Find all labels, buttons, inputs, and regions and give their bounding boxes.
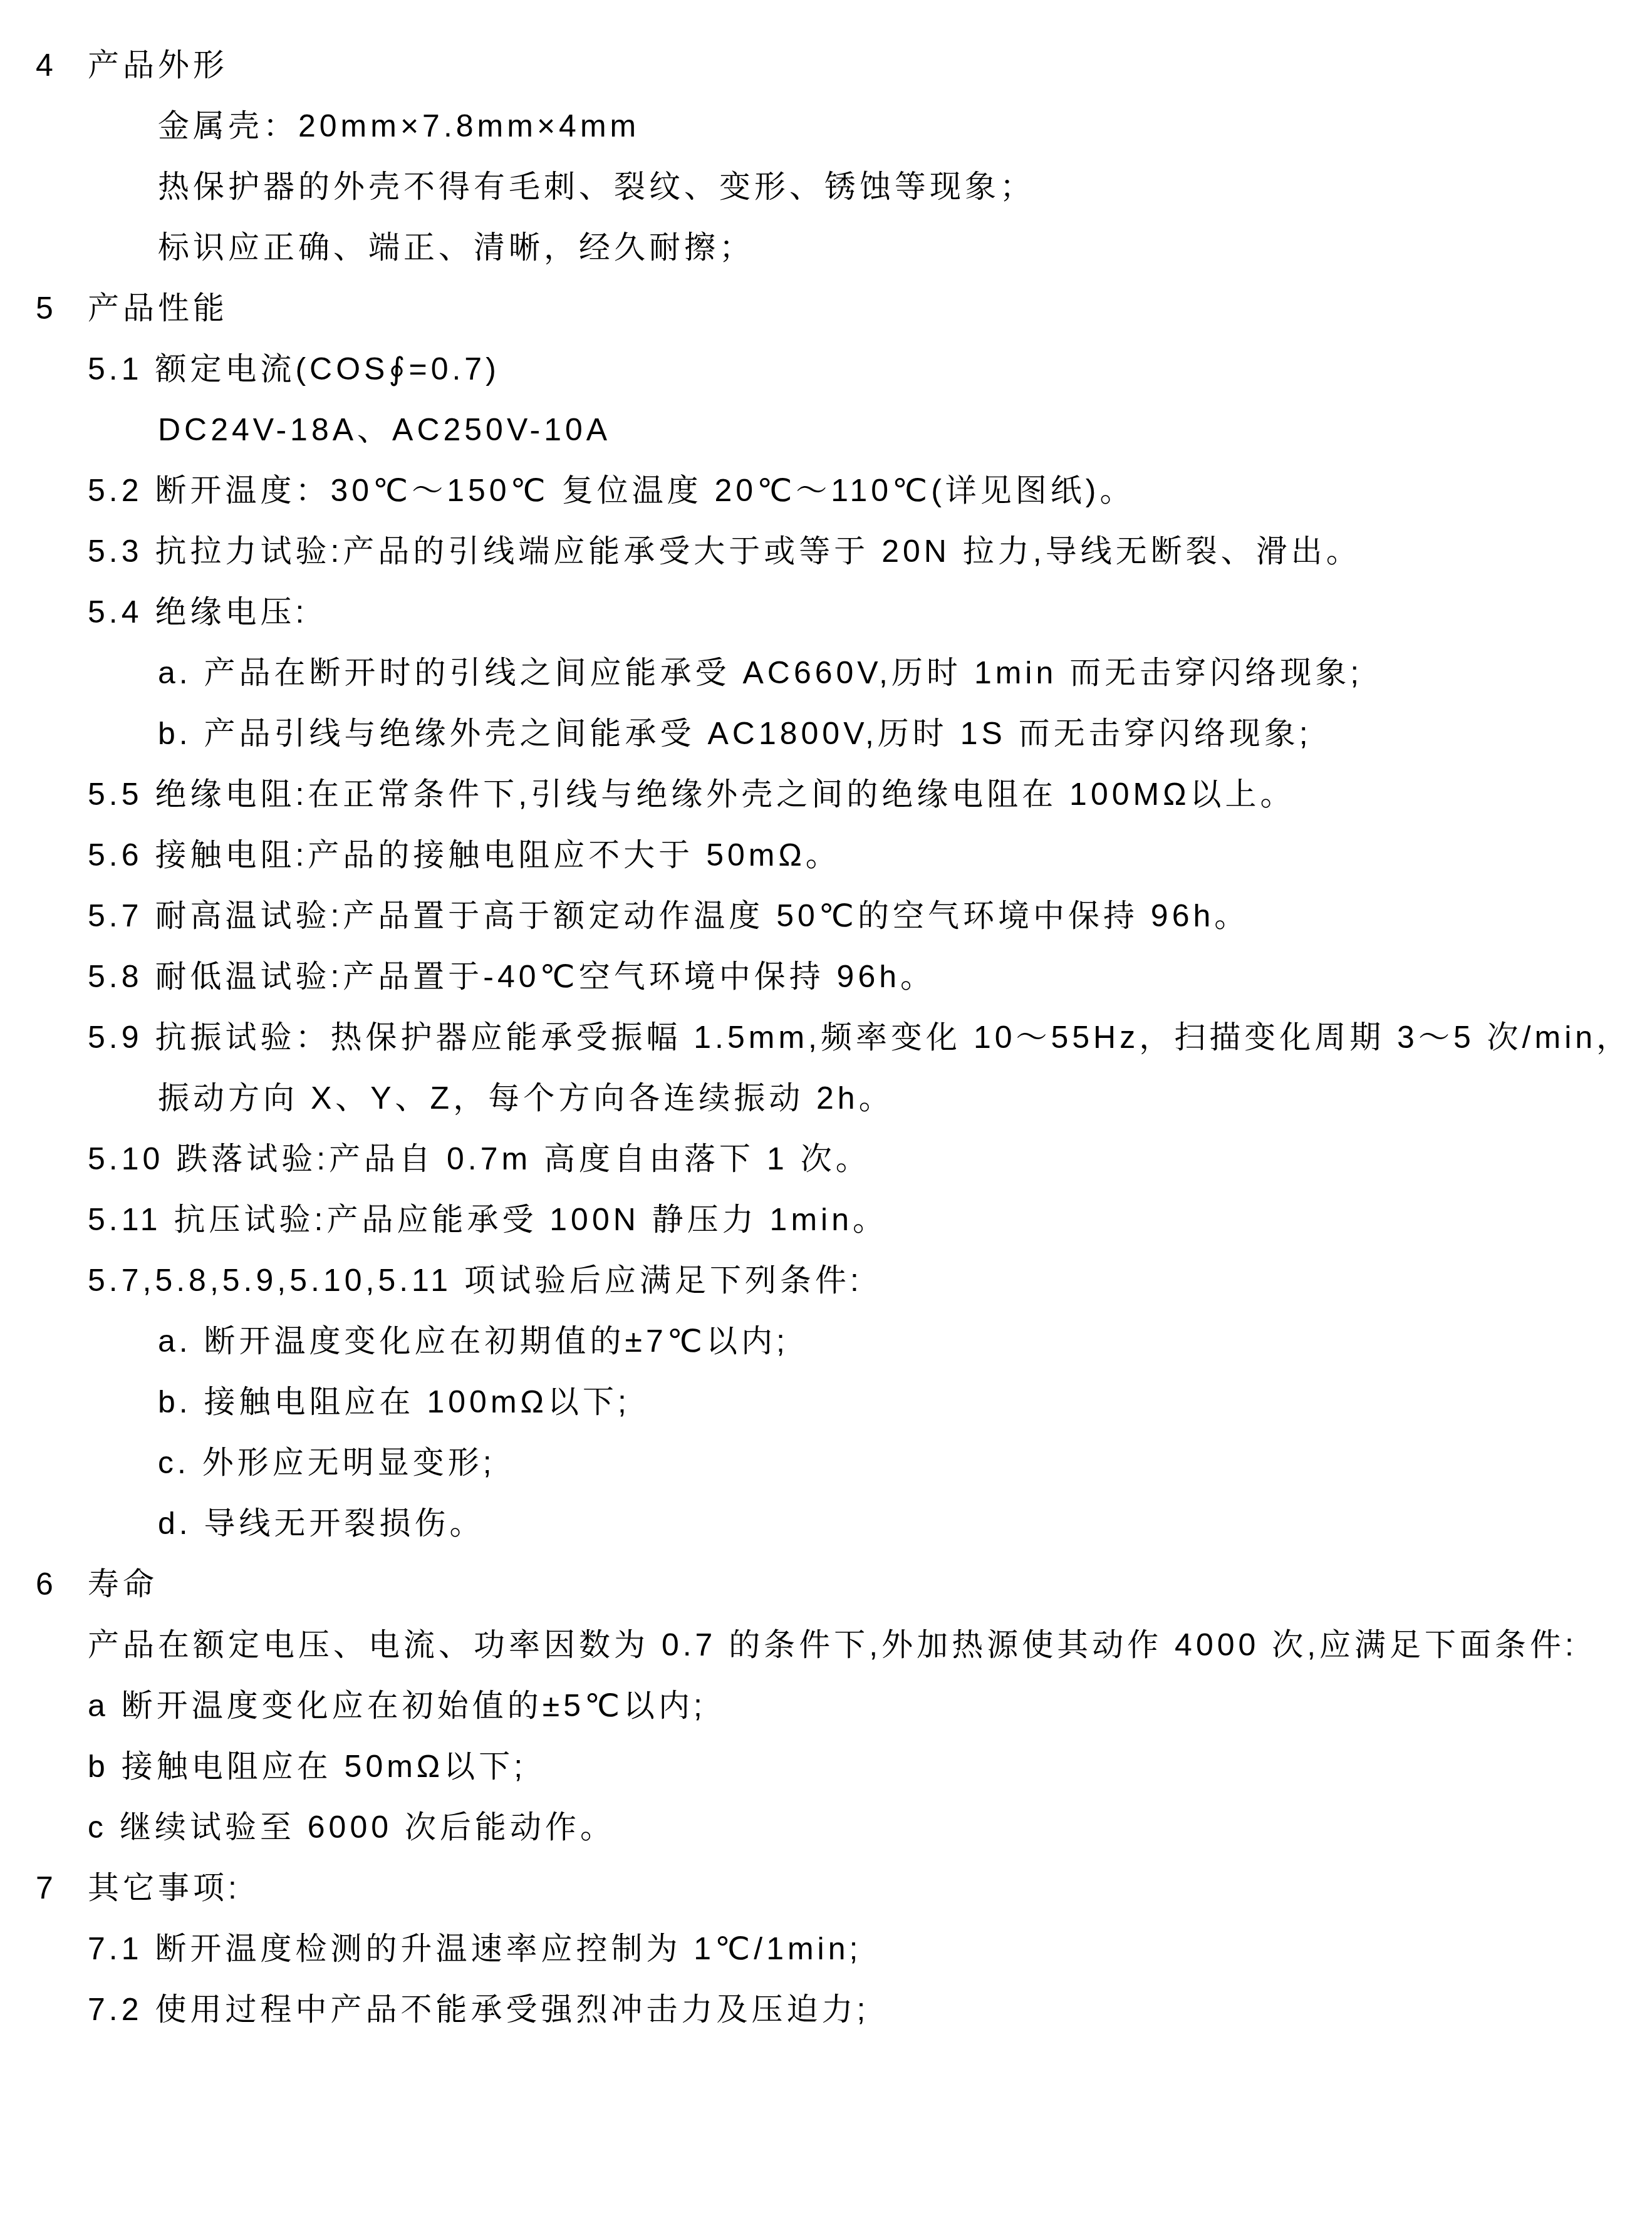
section-title: 产品性能 (88, 291, 228, 326)
line-5-3-tensile-test: 5.3 抗拉力试验:产品的引线端应能承受大于或等于 20N 拉力,导线无断裂、滑… (0, 534, 1652, 568)
line-post-test-item-d: d. 导线无开裂损伤。 (0, 1506, 1652, 1540)
section-number: 5 (36, 291, 88, 325)
line-5-8-low-temp-test: 5.8 耐低温试验:产品置于-40℃空气环境中保持 96h。 (0, 960, 1652, 993)
line-5-6-contact-resistance: 5.6 接触电阻:产品的接触电阻应不大于 50mΩ。 (0, 838, 1652, 872)
section-heading-4: 4产品外形 (0, 48, 1652, 82)
line-5-1-rated-current: 5.1 额定电流(COS∮=0.7) (0, 352, 1652, 386)
line-post-test-item-c: c. 外形应无明显变形; (0, 1446, 1652, 1480)
line-rated-values: DC24V-18A、AC250V-10A (0, 413, 1652, 447)
section-heading-6: 6寿命 (0, 1567, 1652, 1601)
section-title: 其它事项: (88, 1870, 241, 1905)
line-post-test-item-a: a. 断开温度变化应在初期值的±7℃以内; (0, 1324, 1652, 1358)
line-marking-requirement: 标识应正确、端正、清晰，经久耐擦； (0, 231, 1652, 264)
spec-document: 4产品外形 金属壳：20mm×7.8mm×4mm 热保护器的外壳不得有毛刺、裂纹… (0, 0, 1652, 2213)
section-title: 寿命 (88, 1567, 158, 1602)
line-life-item-b: b 接触电阻应在 50mΩ以下; (0, 1749, 1652, 1783)
section-title: 产品外形 (88, 48, 228, 83)
line-life-condition: 产品在额定电压、电流、功率因数为 0.7 的条件下,外加热源使其动作 4000 … (0, 1628, 1652, 1662)
line-post-test-item-b: b. 接触电阻应在 100mΩ以下; (0, 1385, 1652, 1419)
line-5-9-continuation: 振动方向 X、Y、Z，每个方向各连续振动 2h。 (0, 1081, 1652, 1115)
line-5-7-high-temp-test: 5.7 耐高温试验:产品置于高于额定动作温度 50℃的空气环境中保持 96h。 (0, 899, 1652, 933)
section-number: 4 (36, 48, 88, 82)
line-7-2-usage-caution: 7.2 使用过程中产品不能承受强烈冲击力及压迫力; (0, 1993, 1652, 2026)
line-shell-appearance: 热保护器的外壳不得有毛刺、裂纹、变形、锈蚀等现象； (0, 170, 1652, 204)
line-5-4-insulation-voltage: 5.4 绝缘电压: (0, 595, 1652, 629)
line-5-2-open-temperature: 5.2 断开温度：30℃～150℃ 复位温度 20℃～110℃(详见图纸)。 (0, 474, 1652, 507)
section-heading-7: 7其它事项: (0, 1871, 1652, 1905)
line-5-11-pressure-test: 5.11 抗压试验:产品应能承受 100N 静压力 1min。 (0, 1203, 1652, 1236)
section-number: 7 (36, 1871, 88, 1905)
line-post-test-conditions: 5.7,5.8,5.9,5.10,5.11 项试验后应满足下列条件: (0, 1263, 1652, 1297)
line-7-1-heating-rate: 7.1 断开温度检测的升温速率应控制为 1℃/1min; (0, 1932, 1652, 1966)
line-5-4-item-b: b. 产品引线与绝缘外壳之间能承受 AC1800V,历时 1S 而无击穿闪络现象… (0, 717, 1652, 750)
line-shell-dimensions: 金属壳：20mm×7.8mm×4mm (0, 109, 1652, 143)
line-5-10-drop-test: 5.10 跌落试验:产品自 0.7m 高度自由落下 1 次。 (0, 1142, 1652, 1176)
line-5-9-vibration-test: 5.9 抗振试验：热保护器应能承受振幅 1.5mm,频率变化 10～55Hz，扫… (0, 1020, 1652, 1054)
line-life-item-a: a 断开温度变化应在初始值的±5℃以内; (0, 1689, 1652, 1723)
line-life-item-c: c 继续试验至 6000 次后能动作。 (0, 1810, 1652, 1844)
line-5-4-item-a: a. 产品在断开时的引线之间应能承受 AC660V,历时 1min 而无击穿闪络… (0, 656, 1652, 690)
section-number: 6 (36, 1567, 88, 1601)
section-heading-5: 5产品性能 (0, 291, 1652, 325)
line-5-5-insulation-resistance: 5.5 绝缘电阻:在正常条件下,引线与绝缘外壳之间的绝缘电阻在 100MΩ以上。 (0, 777, 1652, 811)
